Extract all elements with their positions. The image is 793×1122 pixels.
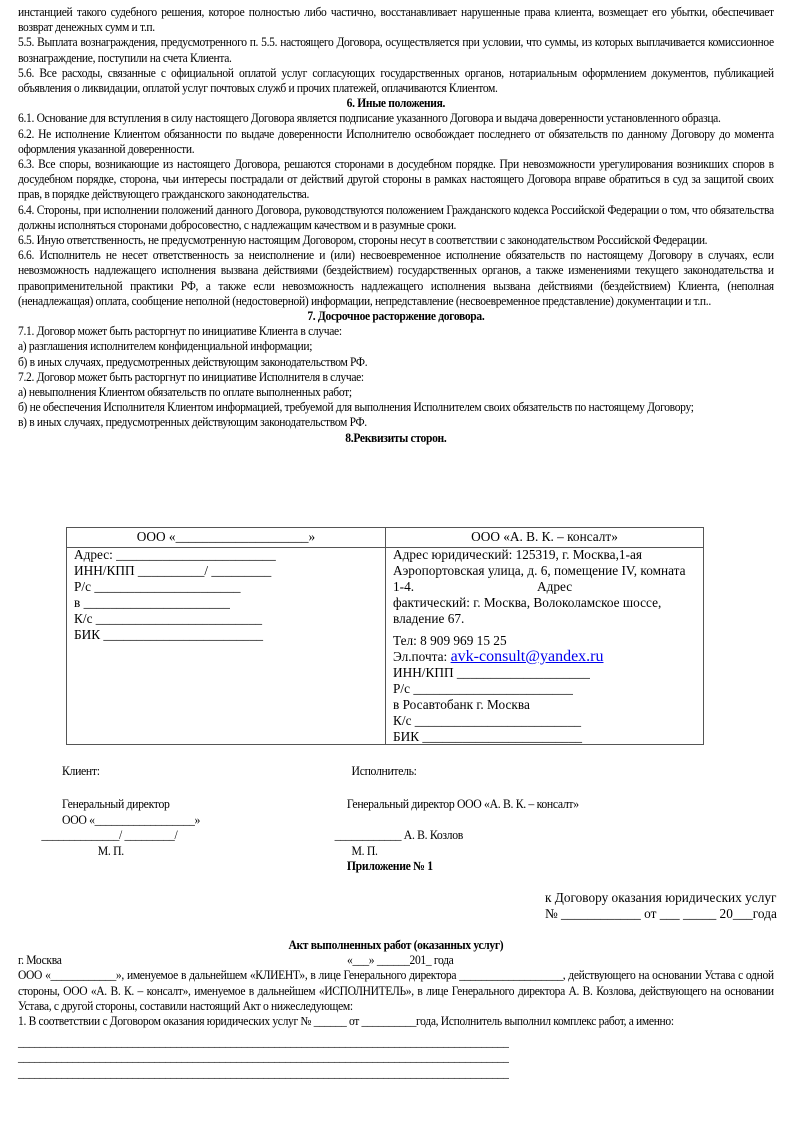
act-item-1: 1. В соответствии с Договором оказания ю…	[18, 1014, 774, 1029]
act-city: г. Москва	[18, 953, 62, 968]
contractor-title: Генеральный директор ООО «А. В. К. – кон…	[347, 797, 579, 812]
appendix-ref-number: № ____________ от ___ _____ 20___года	[545, 906, 777, 922]
contractor-label: Исполнитель:	[352, 764, 417, 779]
contractor-stamp: М. П.	[352, 844, 378, 859]
client-signature-line: ______________/ _________/	[41, 828, 177, 843]
act-date: «___» ______201_ года	[347, 953, 453, 968]
client-stamp: М. П.	[98, 844, 124, 859]
client-title: Генеральный директор	[62, 797, 170, 812]
appendix-title: Приложение № 1	[347, 859, 433, 874]
client-label: Клиент:	[62, 764, 100, 779]
act-block: Акт выполненных работ (оказанных услуг) …	[18, 938, 774, 1081]
blank-line: ________________________________________…	[18, 1066, 774, 1081]
contractor-signature-line: ____________ А. В. Козлов	[335, 828, 463, 843]
act-title: Акт выполненных работ (оказанных услуг)	[18, 938, 774, 953]
act-intro: ООО «____________», именуемое в дальнейш…	[18, 968, 774, 1014]
client-org: ООО «__________________»	[62, 813, 200, 828]
blank-line: ________________________________________…	[18, 1050, 774, 1065]
appendix-ref-contract: к Договору оказания юридических услуг	[545, 890, 776, 906]
act-city-date-row: г. Москва «___» ______201_ года	[18, 953, 774, 968]
blank-line: ________________________________________…	[18, 1035, 774, 1050]
